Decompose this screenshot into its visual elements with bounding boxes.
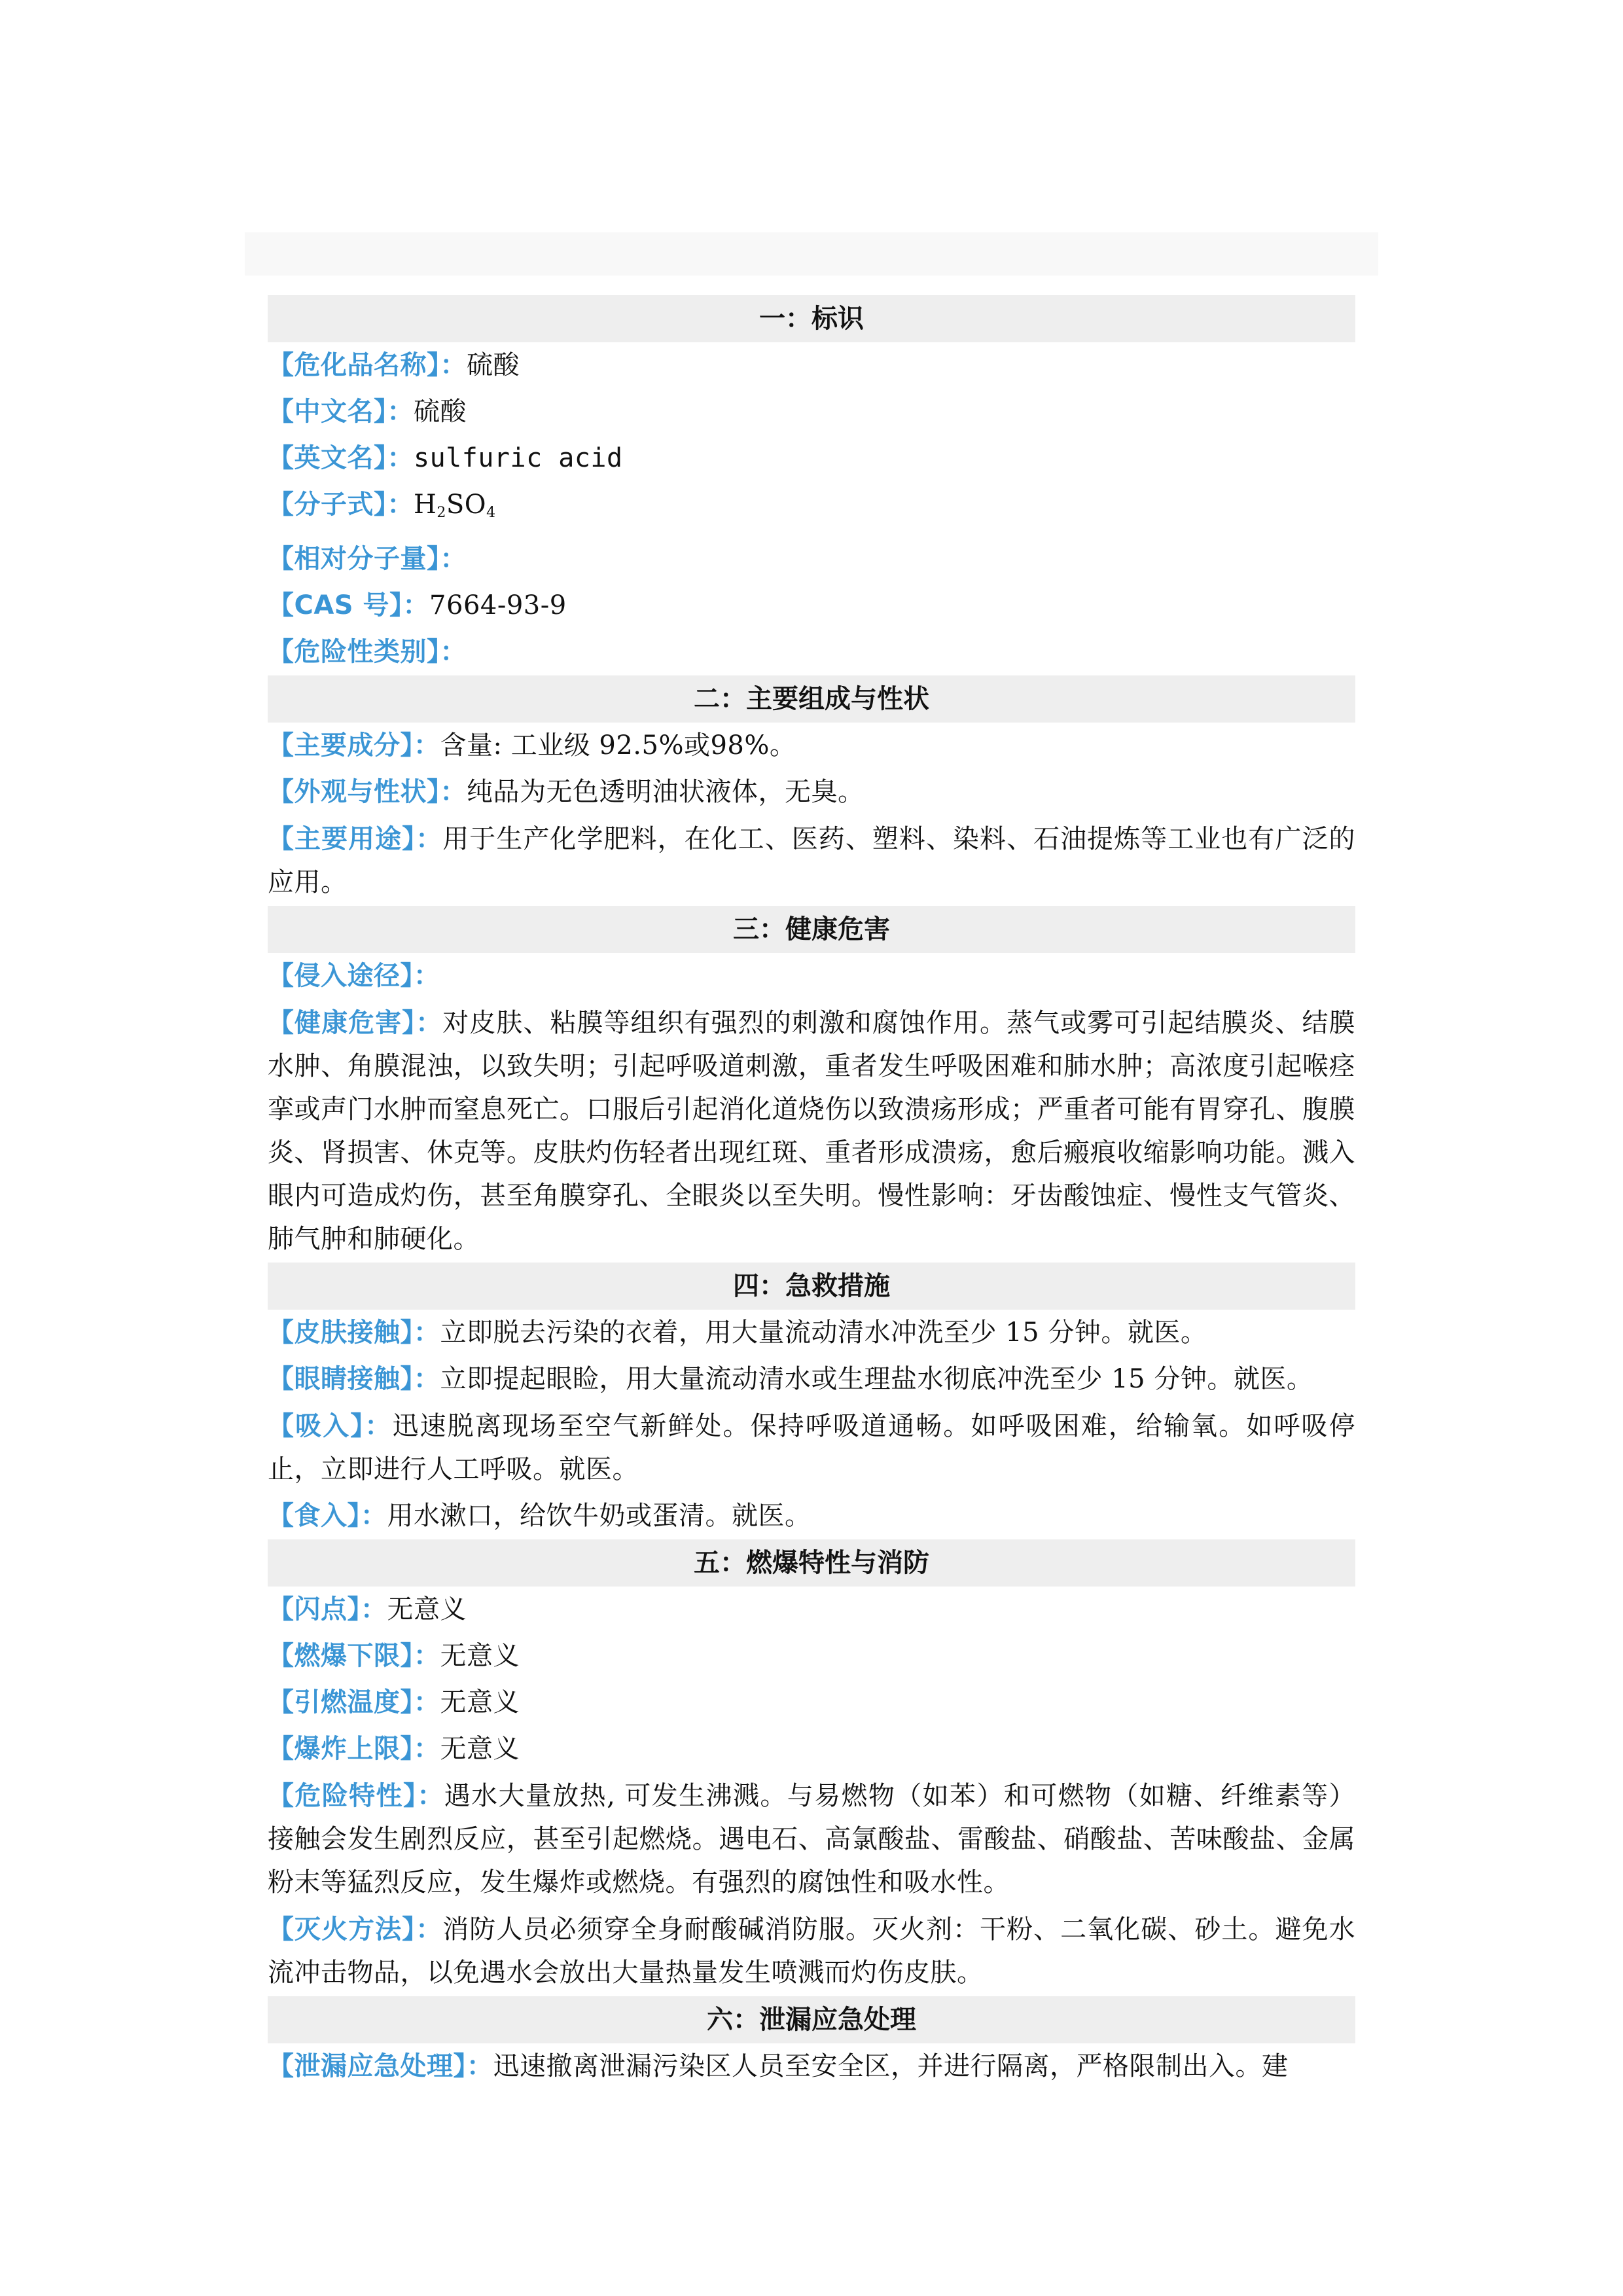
field-value: 含量: 工业级 92.5%或98%。 — [440, 730, 796, 761]
field-label: 【食入】： — [268, 1501, 387, 1531]
field-upper-explosive-limit: 【爆炸上限】：无意义 — [268, 1726, 1355, 1772]
field-skin-contact: 【皮肤接触】：立即脱去污染的衣着，用大量流动清水冲洗至少 15 分钟。就医。 — [268, 1310, 1355, 1356]
field-ignition-temperature: 【引燃温度】：无意义 — [268, 1679, 1355, 1726]
section-header-health-hazards: 三：健康危害 — [268, 906, 1355, 953]
section-header-identification: 一：标识 — [268, 295, 1355, 342]
field-main-uses: 【主要用途】：用于生产化学肥料，在化工、医药、塑料、染料、石油提炼等工业也有广泛… — [268, 816, 1355, 906]
field-cas-number: 【CAS 号】：7664-93-9 — [268, 583, 1355, 629]
field-value: 硫酸 — [414, 397, 467, 427]
field-label: 【CAS 号】： — [268, 590, 429, 620]
formula-subscript: 4 — [486, 505, 496, 521]
field-label: 【吸入】： — [268, 1411, 392, 1441]
formula-part: SO — [446, 490, 486, 520]
field-label: 【主要用途】： — [268, 824, 442, 854]
section-header-fire-explosion: 五：燃爆特性与消防 — [268, 1539, 1355, 1587]
field-label: 【主要成分】： — [268, 730, 440, 761]
field-label: 【英文名】： — [268, 443, 414, 473]
field-label: 【外观与性状】： — [268, 777, 467, 807]
field-label: 【危险特性】： — [268, 1781, 444, 1811]
field-appearance: 【外观与性状】：纯品为无色透明油状液体，无臭。 — [268, 769, 1355, 816]
field-eye-contact: 【眼睛接触】：立即提起眼睑，用大量流动清水或生理盐水彻底冲洗至少 15 分钟。就… — [268, 1356, 1355, 1403]
field-value: 迅速撤离泄漏污染区人员至安全区，并进行隔离，严格限制出入。建 — [493, 2051, 1289, 2081]
field-value: 纯品为无色透明油状液体，无臭。 — [467, 777, 865, 807]
field-value: 立即脱去污染的衣着，用大量流动清水冲洗至少 15 分钟。就医。 — [440, 1318, 1207, 1348]
field-value: 无意义 — [440, 1641, 520, 1671]
field-label: 【闪点】： — [268, 1594, 387, 1624]
field-lower-explosive-limit: 【燃爆下限】：无意义 — [268, 1633, 1355, 1679]
field-value: 迅速脱离现场至空气新鲜处。保持呼吸道通畅。如呼吸困难，给输氧。如呼吸停止，立即进… — [268, 1411, 1355, 1484]
field-label: 【引燃温度】： — [268, 1687, 440, 1717]
formula-value: H2SO4 — [414, 490, 496, 520]
section-header-first-aid: 四：急救措施 — [268, 1263, 1355, 1310]
field-label: 【泄漏应急处理】： — [268, 2051, 493, 2081]
field-relative-molecular-mass: 【相对分子量】： — [268, 536, 1355, 583]
field-value: 7664-93-9 — [429, 590, 567, 620]
field-value: 立即提起眼睑，用大量流动清水或生理盐水彻底冲洗至少 15 分钟。就医。 — [440, 1364, 1313, 1394]
page-top-bar — [245, 232, 1378, 276]
field-value: 硫酸 — [467, 350, 520, 380]
field-label: 【眼睛接触】： — [268, 1364, 440, 1394]
field-hazard-characteristics: 【危险特性】：遇水大量放热, 可发生沸溅。与易燃物（如苯）和可燃物（如糖、纤维素… — [268, 1772, 1355, 1906]
field-value: 对皮肤、粘膜等组织有强烈的刺激和腐蚀作用。蒸气或雾可引起结膜炎、结膜水肿、角膜混… — [268, 1008, 1355, 1254]
field-value: 无意义 — [440, 1687, 520, 1717]
field-label: 【燃爆下限】： — [268, 1641, 440, 1671]
field-label: 【侵入途径】： — [268, 961, 440, 991]
field-spill-emergency-handling: 【泄漏应急处理】：迅速撤离泄漏污染区人员至安全区，并进行隔离，严格限制出入。建 — [268, 2043, 1355, 2090]
field-hazardous-chemical-name: 【危化品名称】：硫酸 — [268, 342, 1355, 389]
field-value: 无意义 — [387, 1594, 467, 1624]
field-value: sulfuric acid — [414, 443, 623, 473]
field-label: 【中文名】： — [268, 397, 414, 427]
field-label: 【分子式】： — [268, 490, 414, 520]
field-ingestion: 【食入】：用水漱口，给饮牛奶或蛋清。就医。 — [268, 1493, 1355, 1539]
field-inhalation: 【吸入】：迅速脱离现场至空气新鲜处。保持呼吸道通畅。如呼吸困难，给输氧。如呼吸停… — [268, 1403, 1355, 1493]
field-molecular-formula: 【分子式】：H2SO4 — [268, 482, 1355, 536]
field-value: 无意义 — [440, 1734, 520, 1764]
section-header-spill-response: 六：泄漏应急处理 — [268, 1996, 1355, 2043]
field-flash-point: 【闪点】：无意义 — [268, 1587, 1355, 1633]
formula-part: H — [414, 490, 437, 520]
field-label: 【健康危害】： — [268, 1008, 442, 1038]
formula-subscript: 2 — [437, 505, 446, 521]
field-english-name: 【英文名】：sulfuric acid — [268, 435, 1355, 482]
field-label: 【危险性类别】： — [268, 637, 467, 667]
field-health-hazards: 【健康危害】：对皮肤、粘膜等组织有强烈的刺激和腐蚀作用。蒸气或雾可引起结膜炎、结… — [268, 999, 1355, 1263]
field-chinese-name: 【中文名】：硫酸 — [268, 389, 1355, 435]
field-main-components: 【主要成分】：含量: 工业级 92.5%或98%。 — [268, 723, 1355, 769]
field-label: 【爆炸上限】： — [268, 1734, 440, 1764]
field-value: 用水漱口，给饮牛奶或蛋清。就医。 — [387, 1501, 811, 1531]
field-label: 【相对分子量】： — [268, 544, 467, 574]
field-routes-of-entry: 【侵入途径】： — [268, 953, 1355, 999]
field-hazard-category: 【危险性类别】： — [268, 629, 1355, 675]
document-body: 一：标识 【危化品名称】：硫酸 【中文名】：硫酸 【英文名】：sulfuric … — [268, 295, 1355, 2090]
field-label: 【危化品名称】： — [268, 350, 467, 380]
field-label: 【灭火方法】： — [268, 1914, 442, 1945]
field-label: 【皮肤接触】： — [268, 1318, 440, 1348]
section-header-composition: 二：主要组成与性状 — [268, 675, 1355, 723]
field-fire-fighting-methods: 【灭火方法】：消防人员必须穿全身耐酸碱消防服。灭火剂：干粉、二氧化碳、砂土。避免… — [268, 1906, 1355, 1996]
